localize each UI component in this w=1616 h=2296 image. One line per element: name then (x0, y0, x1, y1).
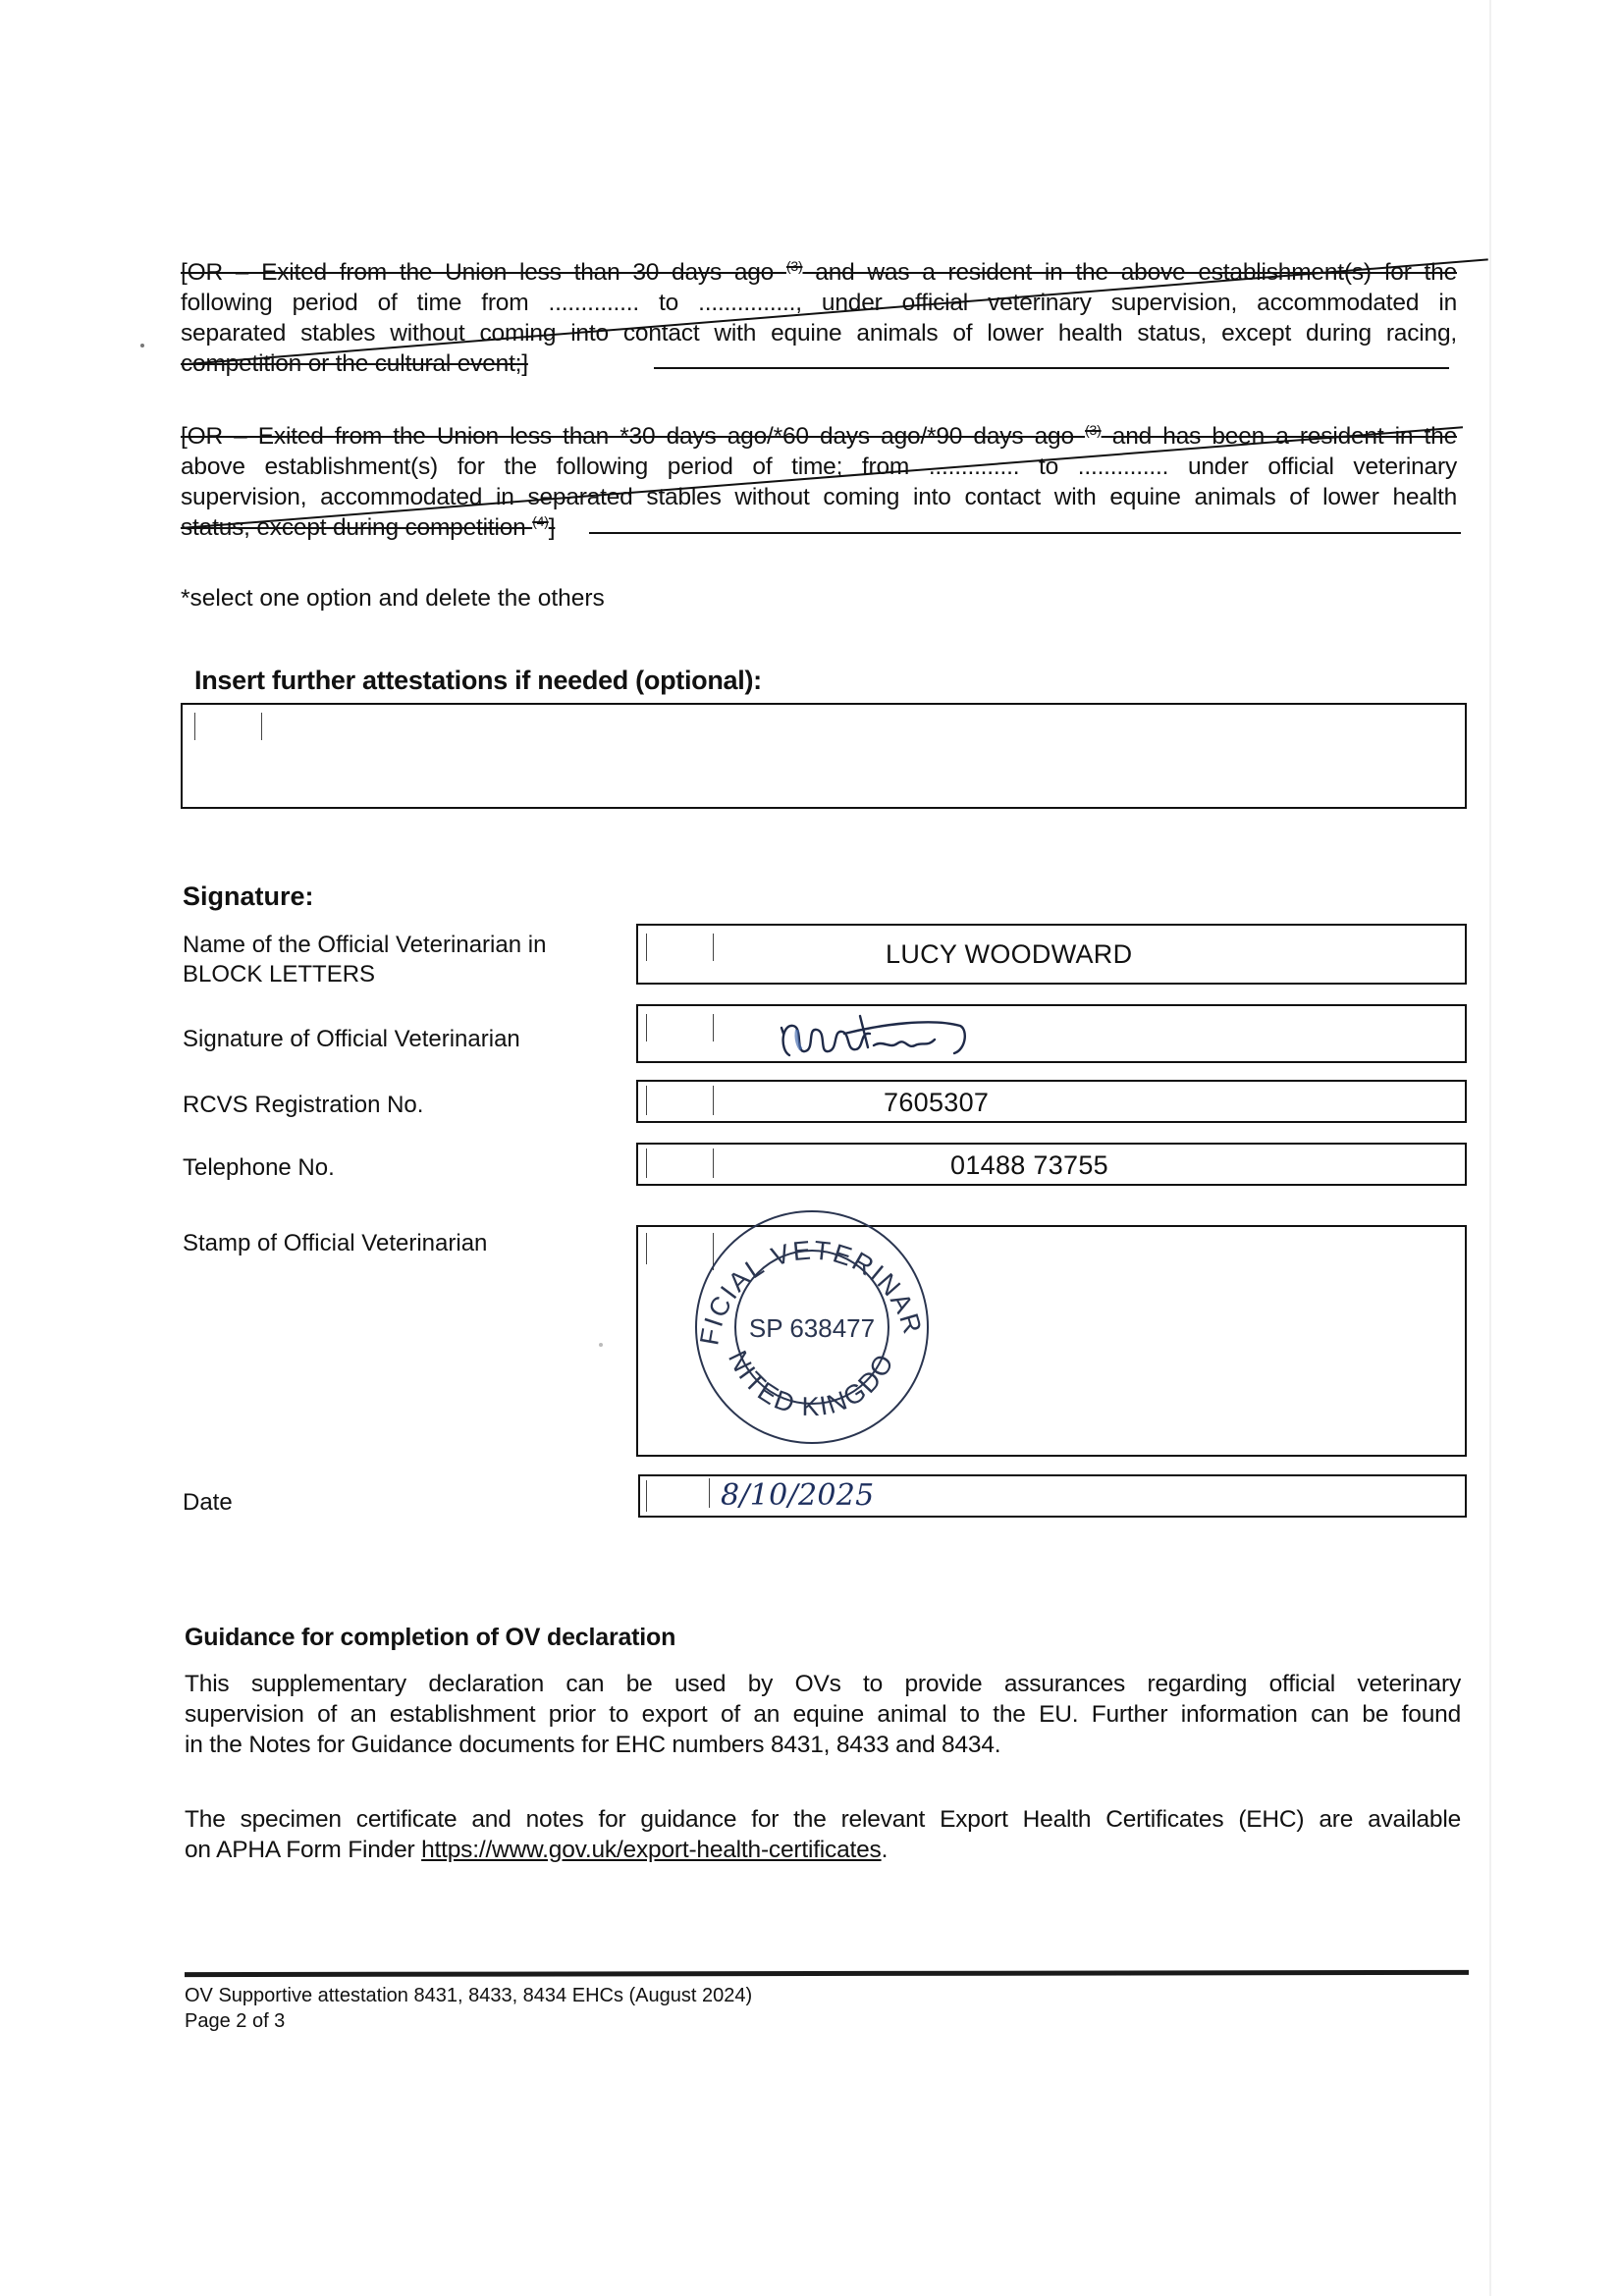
scan-speck (140, 344, 144, 347)
scan-speck (599, 1343, 603, 1347)
date-label: Date (183, 1488, 233, 1518)
footer-page-number: Page 2 of 3 (185, 2008, 752, 2034)
field-marker (646, 1086, 647, 1115)
field-marker (646, 1148, 647, 1178)
field-marker (713, 934, 714, 961)
field-marker (709, 1478, 710, 1508)
field-marker (646, 1480, 647, 1512)
date-value: 8/10/2025 (721, 1478, 875, 1513)
paragraph-line: [OR – Exited from the Union less than *3… (181, 421, 1457, 452)
paragraph-line: status, except during competition (4)] (181, 512, 1457, 543)
field-marker (646, 934, 647, 961)
select-one-note: *select one option and delete the others (181, 585, 605, 613)
rcvs-value: 7605307 (884, 1088, 989, 1118)
telephone-value: 01488 73755 (950, 1150, 1108, 1181)
field-marker (646, 1233, 647, 1264)
vet-name-label: Name of the Official Veterinarian inBLOC… (183, 931, 595, 989)
stamp-label: Stamp of Official Veterinarian (183, 1229, 487, 1258)
paragraph-line: competition or the cultural event;] (181, 348, 1457, 379)
handwritten-signature (776, 1010, 982, 1065)
guidance-heading: Guidance for completion of OV declaratio… (185, 1624, 675, 1652)
rcvs-label: RCVS Registration No. (183, 1091, 423, 1120)
vet-name-value: LUCY WOODWARD (886, 939, 1132, 970)
field-marker (713, 1086, 714, 1115)
field-marker (194, 713, 195, 740)
further-attestations-field[interactable] (181, 703, 1467, 809)
option-b-paragraph: [OR – Exited from the Union less than *3… (181, 421, 1457, 543)
footer-rule (185, 1970, 1469, 1977)
further-attestations-heading: Insert further attestations if needed (o… (194, 666, 762, 696)
date-field[interactable]: 8/10/2025 (638, 1474, 1467, 1518)
field-marker (646, 1014, 647, 1041)
page-footer: OV Supportive attestation 8431, 8433, 84… (185, 1983, 752, 2034)
strike-rule-a (654, 367, 1449, 369)
vet-signature-field[interactable] (636, 1004, 1467, 1063)
telephone-field[interactable]: 01488 73755 (636, 1143, 1467, 1186)
field-marker (713, 1014, 714, 1041)
field-marker (713, 1148, 714, 1178)
vet-name-field[interactable]: LUCY WOODWARD (636, 924, 1467, 985)
telephone-label: Telephone No. (183, 1153, 335, 1183)
svg-text:SP 638477: SP 638477 (749, 1313, 875, 1343)
paragraph-line: separated stables without coming into co… (181, 318, 1457, 348)
export-health-certificates-link[interactable]: https://www.gov.uk/export-health-certifi… (421, 1837, 882, 1863)
guidance-paragraph-2: The specimen certificate and notes for g… (185, 1804, 1461, 1865)
guidance-paragraph-1: This supplementary declaration can be us… (185, 1669, 1461, 1760)
signature-heading: Signature: (183, 881, 314, 912)
scan-page-edge (1489, 0, 1491, 2296)
footer-doc-title: OV Supportive attestation 8431, 8433, 84… (185, 1983, 752, 2008)
vet-signature-label: Signature of Official Veterinarian (183, 1025, 520, 1054)
strike-rule-b (589, 532, 1461, 534)
paragraph-line: supervision, accommodated in separated s… (181, 482, 1457, 512)
rcvs-field[interactable]: 7605307 (636, 1080, 1467, 1123)
field-marker (261, 713, 262, 740)
official-veterinarian-stamp: OFFICIAL VETERINARIAN UNITED KINGDOM SP … (687, 1202, 937, 1452)
paragraph-line: [OR – Exited from the Union less than 30… (181, 257, 1457, 288)
